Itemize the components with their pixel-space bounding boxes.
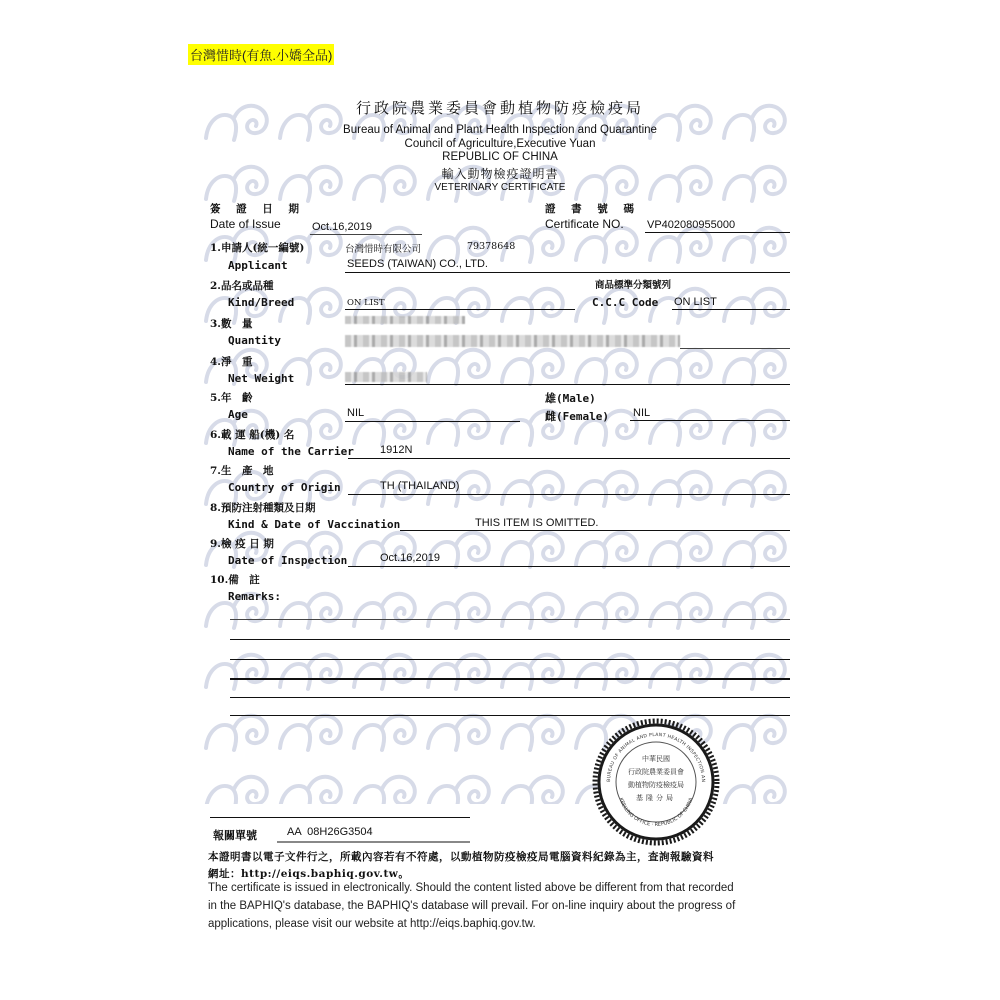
remarks-label-cn: 10.備 註 xyxy=(210,572,260,587)
document-title-en: VETERINARY CERTIFICATE xyxy=(200,182,800,193)
ccc-code-label: C.C.C Code xyxy=(592,296,658,309)
applicant-label-cn: 1.申請人(統一編號) xyxy=(210,240,304,255)
customs-number: AA 08H26G3504 xyxy=(287,826,373,838)
origin-label-cn: 7.生 產 地 xyxy=(210,463,273,478)
carrier-value: 1912N xyxy=(380,444,412,456)
inspection-label-cn: 9.檢 疫 日 期 xyxy=(210,536,274,551)
certificate-no-label: Certificate NO. xyxy=(545,217,624,231)
certificate-no-label-cn: 證 書 號 碼 xyxy=(545,201,640,216)
carrier-label: Name of the Carrier xyxy=(228,445,354,458)
agency-title-en: Bureau of Animal and Plant Health Inspec… xyxy=(200,124,800,136)
issue-date-label-cn: 簽 證 日 期 xyxy=(210,201,305,216)
vaccination-value: THIS ITEM IS OMITTED. xyxy=(475,517,598,529)
age-label-cn: 5.年 齡 xyxy=(210,390,252,405)
quantity-redacted-line2 xyxy=(345,335,680,347)
notice-cn-line1: 本證明書以電子文件行之，所載內容若有不符處，以動植物防疫檢疫局電腦資料紀錄為主，… xyxy=(208,849,714,864)
seal-line-4: 基隆分局 xyxy=(636,793,676,802)
applicant-name-cn: 台灣惜時有限公司 xyxy=(345,241,421,255)
official-seal: BUREAU OF ANIMAL AND PLANT HEALTH INSPEC… xyxy=(592,718,720,846)
carrier-label-cn: 6.載 運 船(機) 名 xyxy=(210,427,294,442)
origin-value: TH (THAILAND) xyxy=(380,480,459,492)
net-weight-label-cn: 4.淨 重 xyxy=(210,354,252,369)
net-weight-redacted xyxy=(345,372,427,382)
male-label: 雄(Male) xyxy=(545,390,596,406)
applicant-label: Applicant xyxy=(228,259,288,272)
applicant-id-number: 79378648 xyxy=(467,241,515,252)
seal-line-2: 行政院農業委員會 xyxy=(628,767,684,776)
country-title: REPUBLIC OF CHINA xyxy=(200,151,800,163)
inspection-value: Oct.16,2019 xyxy=(380,552,440,564)
vaccination-label-cn: 8.預防注射種類及日期 xyxy=(210,500,315,515)
seal-line-3: 動植物防疫檢疫局 xyxy=(628,780,684,789)
female-label: 雌(Female) xyxy=(545,408,609,424)
quantity-redacted-line1 xyxy=(345,316,465,324)
kind-label-cn: 2.品名或品種 xyxy=(210,278,273,293)
highlight-label: 台灣惜時(有魚.小嬌全品) xyxy=(188,44,334,65)
customs-label: 報關單號 xyxy=(213,827,257,843)
applicant-value: SEEDS (TAIWAN) CO., LTD. xyxy=(347,258,488,270)
kind-value: ON LIST xyxy=(347,298,385,308)
issue-date-value: Oct.16,2019 xyxy=(312,221,372,233)
origin-label: Country of Origin xyxy=(228,481,341,494)
agency-title-cn: 行政院農業委員會動植物防疫檢疫局 xyxy=(0,97,1000,118)
sex-value: NIL xyxy=(633,407,650,419)
quantity-label-cn: 3.數 量 xyxy=(210,316,252,331)
vaccination-label: Kind & Date of Vaccination xyxy=(228,518,400,531)
remarks-label: Remarks: xyxy=(228,590,281,603)
notice-en-line2: in the BAPHIQ's database, the BAPHIQ's d… xyxy=(208,897,735,916)
notice-en-line3: applications, please visit our website a… xyxy=(208,915,536,934)
age-label: Age xyxy=(228,408,248,421)
document-title-cn: 輸入動物檢疫證明書 xyxy=(200,165,800,182)
ccc-code-value: ON LIST xyxy=(674,296,717,308)
kind-label: Kind/Breed xyxy=(228,296,294,309)
council-title: Council of Agriculture,Executive Yuan xyxy=(200,138,800,150)
seal-line-1: 中華民國 xyxy=(642,754,670,763)
certificate-no-value: VP402080955000 xyxy=(647,219,735,231)
inspection-label: Date of Inspection xyxy=(228,554,347,567)
quantity-label: Quantity xyxy=(228,334,281,347)
notice-en-line1: The certificate is issued in electronica… xyxy=(208,879,734,898)
net-weight-label: Net Weight xyxy=(228,372,294,385)
ccc-label-cn: 商品標準分類號列 xyxy=(595,277,671,291)
age-value: NIL xyxy=(347,407,364,419)
issue-date-label: Date of Issue xyxy=(210,217,281,231)
